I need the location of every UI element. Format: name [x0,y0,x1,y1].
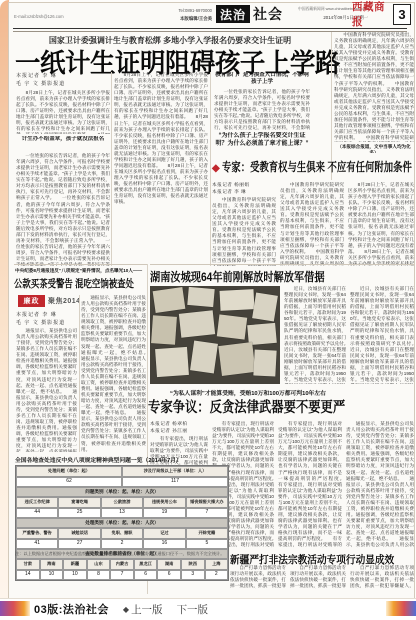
table-cell: 海南 [40,559,64,570]
table-cell: 处理问题（单位：起） [16,466,122,477]
iou-photo [150,286,280,384]
paper-slip [179,310,215,337]
corruption-byline-1: 本报记者 李 琳 [16,311,76,318]
debate-headline[interactable]: 专家争议：反贪法律武器要不要更严 [148,396,348,417]
table-cell: 2 [205,570,229,580]
corruption-headline-text: 公款买茶受警告 混吃空饷被查处 [14,276,134,291]
expert-byline-1: 本报记者 杨丽娟 [212,182,276,188]
article-column: 通报显示，某县供电公司负责人用公款购买高档茶叶用于接待，受到党内警告处分；某镇多… [346,421,414,548]
prev-page-link[interactable]: ◆上一版 [123,602,163,617]
table-cell: 14 [16,570,40,580]
paper-slip [217,314,247,339]
header-email: E-mail:xzsbfzsh@126.com [14,14,109,19]
article-column: 一位姓张的家长告诉记者，他的孩子今年年满六周岁，符合入学条件，可报名时学校要求提… [214,89,310,130]
table-note: 注：以上数据由记者根据中央纪委监察部网站公开通报信息整理，因部分地区通报口径不一… [15,551,227,556]
masthead-section-label: 社会 [253,5,289,23]
article-column: 有专家提出，现行刑法对受贿罪的认定以“为他人谋取利益”为要件，司法实践中受贿10… [278,421,342,548]
table-cell: 117 [122,477,228,487]
table-band: 处理类别（单位：起、单位：人次） [16,518,228,528]
table-cell: 免职、撤职 [101,528,143,539]
article-column: 8月28日上午，记者在城关区多所小学报名点看到，前来为孩子办理入学手续的家长排起… [348,182,414,266]
footer-gradient-right [386,601,416,616]
lead-subhead-1: 计生办不给盖章，孩子就没法报名 [16,136,110,151]
expert-byline-2: 本报记者 李 琳 [212,189,276,195]
table-cell: 记过 [143,528,185,539]
table-cell: 陕西 [181,559,205,570]
article-column: 一位姓张的家长告诉记者，他的孩子今年年满六周岁，符合入学条件，可报名时学校要求提… [16,153,110,266]
article-column: 8月28日上午，记者在城关区多所小学报名点看到，前来为孩子办理入学手续的家长排起… [114,72,208,266]
table-band: 问题类别（单位：起、单位：人次） [16,487,228,497]
lead-subhead-2: 教育部门：是为摸查人口情况，不影响孩子上学 [214,72,310,87]
column-divider [79,295,80,452]
article-column: 近日，汝城县有关部门在整理民间文书时，发现一张64年前刚解放时解放军某部开具的借… [284,286,346,384]
diamond-bullet-icon: ◆ [212,163,220,174]
paper-slip [190,340,218,373]
table-cell: 19 [143,508,185,518]
article-column: 通报显示，某县供电公司负责人用公款购买高档茶叶用于接待，受到党内警告处分；某镇多… [16,328,77,452]
paper-slip [252,292,278,321]
paper-slip [187,287,214,307]
article-column: 8月28日上午，记者在城关区多所小学报名点看到，前来为孩子办理入学手续的家长排起… [16,90,110,134]
footer-section-label: 03版:法治社会 [34,601,109,617]
table-cell: 开除党籍 [186,528,228,539]
lead-byline-1: 本报记者 李 琳 [16,72,110,79]
table-cell: 甘肃 [16,559,40,570]
iou-headline[interactable]: 湖南汝城现64年前刚解放时解放军借据 [150,268,336,285]
paper-slip [219,289,254,311]
table-cell: 25 [58,508,100,518]
newspaper-brand-logo: 西藏商报 [352,4,390,24]
table-cell: 13 [101,508,143,518]
table-cell: 27 [58,539,100,549]
section-divider [150,264,414,265]
table-cell: 10 [63,570,87,580]
table-cell: 10 [40,570,64,580]
table-cell: 严重警告、警告 [16,528,58,539]
column-logo-badge: 廉政 [18,295,45,307]
expert-headline[interactable]: ◆专家：受教育权与生俱来 不应有任何附加条件 [212,158,414,175]
debate-byline-2: 本报记者 孙江丽 [150,428,208,434]
table-cell: 8 [87,570,111,580]
footer-nav: 03版:法治社会 ◆上一版 下一版 [34,601,208,617]
diamond-icon: ◆ [123,605,129,614]
page-number-badge: 3 [393,4,411,25]
article-column: 近日，汝城县有关部门在整理民间文书时，发现一张64年前刚解放时解放军某部开具的借… [350,286,414,384]
header-editor: 本版编辑/王会美 [146,16,212,22]
debate-byline-1: 本报记者 杨翠柏 [150,421,208,427]
table-cell: 涉及厅局级以上干部（单位：人） [122,466,228,477]
paper-slip [151,315,177,345]
table-cell: 新疆 [63,559,87,570]
table-cell: 公款旅游 [101,497,143,508]
table-cell: 诫勉谈话 [58,528,100,539]
next-page-link[interactable]: 下一版 [177,602,209,617]
article-column: 自严打暴力恐怖活动专项行动开展以来，政法机关依法快侦快破一批案件，打掉一批团伙，… [350,565,414,589]
expert-headline-text: 专家：受教育权与生俱来 不应有任何附加条件 [222,158,412,175]
table-cell: 62 [16,477,122,487]
statistics-table: 处理问题（单位：起） 涉及厅局级以上干部（单位：人） 62 117 问题类别（单… [15,465,229,581]
table-cell: 6 [134,570,158,580]
table-cell: 16 [143,539,185,549]
table-cell: 2 [101,539,143,549]
debate-headline-text: 专家争议：反贪法律武器要不要更严 [148,396,345,417]
table-cell: 内蒙古 [110,559,134,570]
article-column: 通报显示，某县供电公司负责人用公款购买高档茶叶用于接待，受到党内警告处分；某镇多… [81,295,146,452]
lead-byline-2: 毛 宇 文 摄影报道 [16,80,110,87]
table-cell: 5 [186,539,228,549]
column-divider [111,72,112,266]
paper-slip [155,347,189,377]
masthead-section-box: 法治 [216,5,250,23]
header-rule-thick [13,28,407,29]
corruption-kicker: 中央纪委8月通报违反“八项规定”案件情况，点名曝光10人—— [15,268,147,274]
table-cell: 7 [110,570,134,580]
section-divider [14,264,147,265]
table-cell: 41 [16,539,58,549]
column-divider [210,72,211,266]
table-title: 全国各地查处违反中央八项规定精神典型问题一览（2014年7月） [15,455,227,464]
table-cell: 违反工作纪律 [16,497,58,508]
article-column: 中国教育科学研究院研究员指出，义务教育法明确规定，凡年满六周岁的儿童，其父母或者… [212,197,276,266]
corruption-byline-2: 毛 宇 文 摄影报道 [16,319,76,326]
prev-page-label: 上一版 [131,602,163,617]
table-cell: 婚丧嫁娶大操大办 [186,497,228,508]
footer-gradient-left [0,601,30,616]
table-cell: 湖南 [157,559,181,570]
paper-slip [253,349,276,376]
table-cell: 上海 [205,559,229,570]
table-cell: 违规使用公车 [143,497,185,508]
header-tel: Tel:0891-6970000 [146,8,212,13]
paper-slip [218,342,255,376]
article-column: 自严打暴力恐怖活动专项行动开展以来，政法机关依法快侦快破一批案件，打掉一批团伙，… [290,565,346,589]
lead-pull-quote: “为什么孩子上学报名要交计生证明？为什么必须盖了章才能上课？” [214,132,310,156]
table-cell: 44 [16,508,58,518]
article-column: 中国教育科学研究院研究员指出，义务教育法明确规定，凡年满六周岁的儿童，其父母或者… [334,32,414,142]
table-cell: 黑龙江 [134,559,158,570]
paper-slip [153,287,186,313]
table-cell: 宴请吃喝 [58,497,100,508]
newspaper-page: E-mail:xzsbfzsh@126.com Tel:0891-6970000… [0,0,416,620]
iou-headline-text: 湖南汝城现64年前刚解放时解放军借据 [150,268,325,285]
table-cell: 3 [181,570,205,580]
lead-endnote: （本报综合报道，文中当事人均为化名） [334,144,414,153]
next-page-label: 下一版 [177,602,209,617]
corruption-headline[interactable]: 公款买茶受警告 混吃空饷被查处 [14,276,148,291]
table-cell: 6 [157,570,181,580]
article-column: 自严打暴力恐怖活动专项行动开展以来，政法机关依法快侦快破一批案件，打掉一批团伙，… [230,565,286,589]
article-column: 中国教育科学研究院研究员指出，义务教育法明确规定，凡年满六周岁的儿童，其父母或者… [280,182,344,266]
table-cell: 7 [186,508,228,518]
table-cell: 山东 [87,559,111,570]
